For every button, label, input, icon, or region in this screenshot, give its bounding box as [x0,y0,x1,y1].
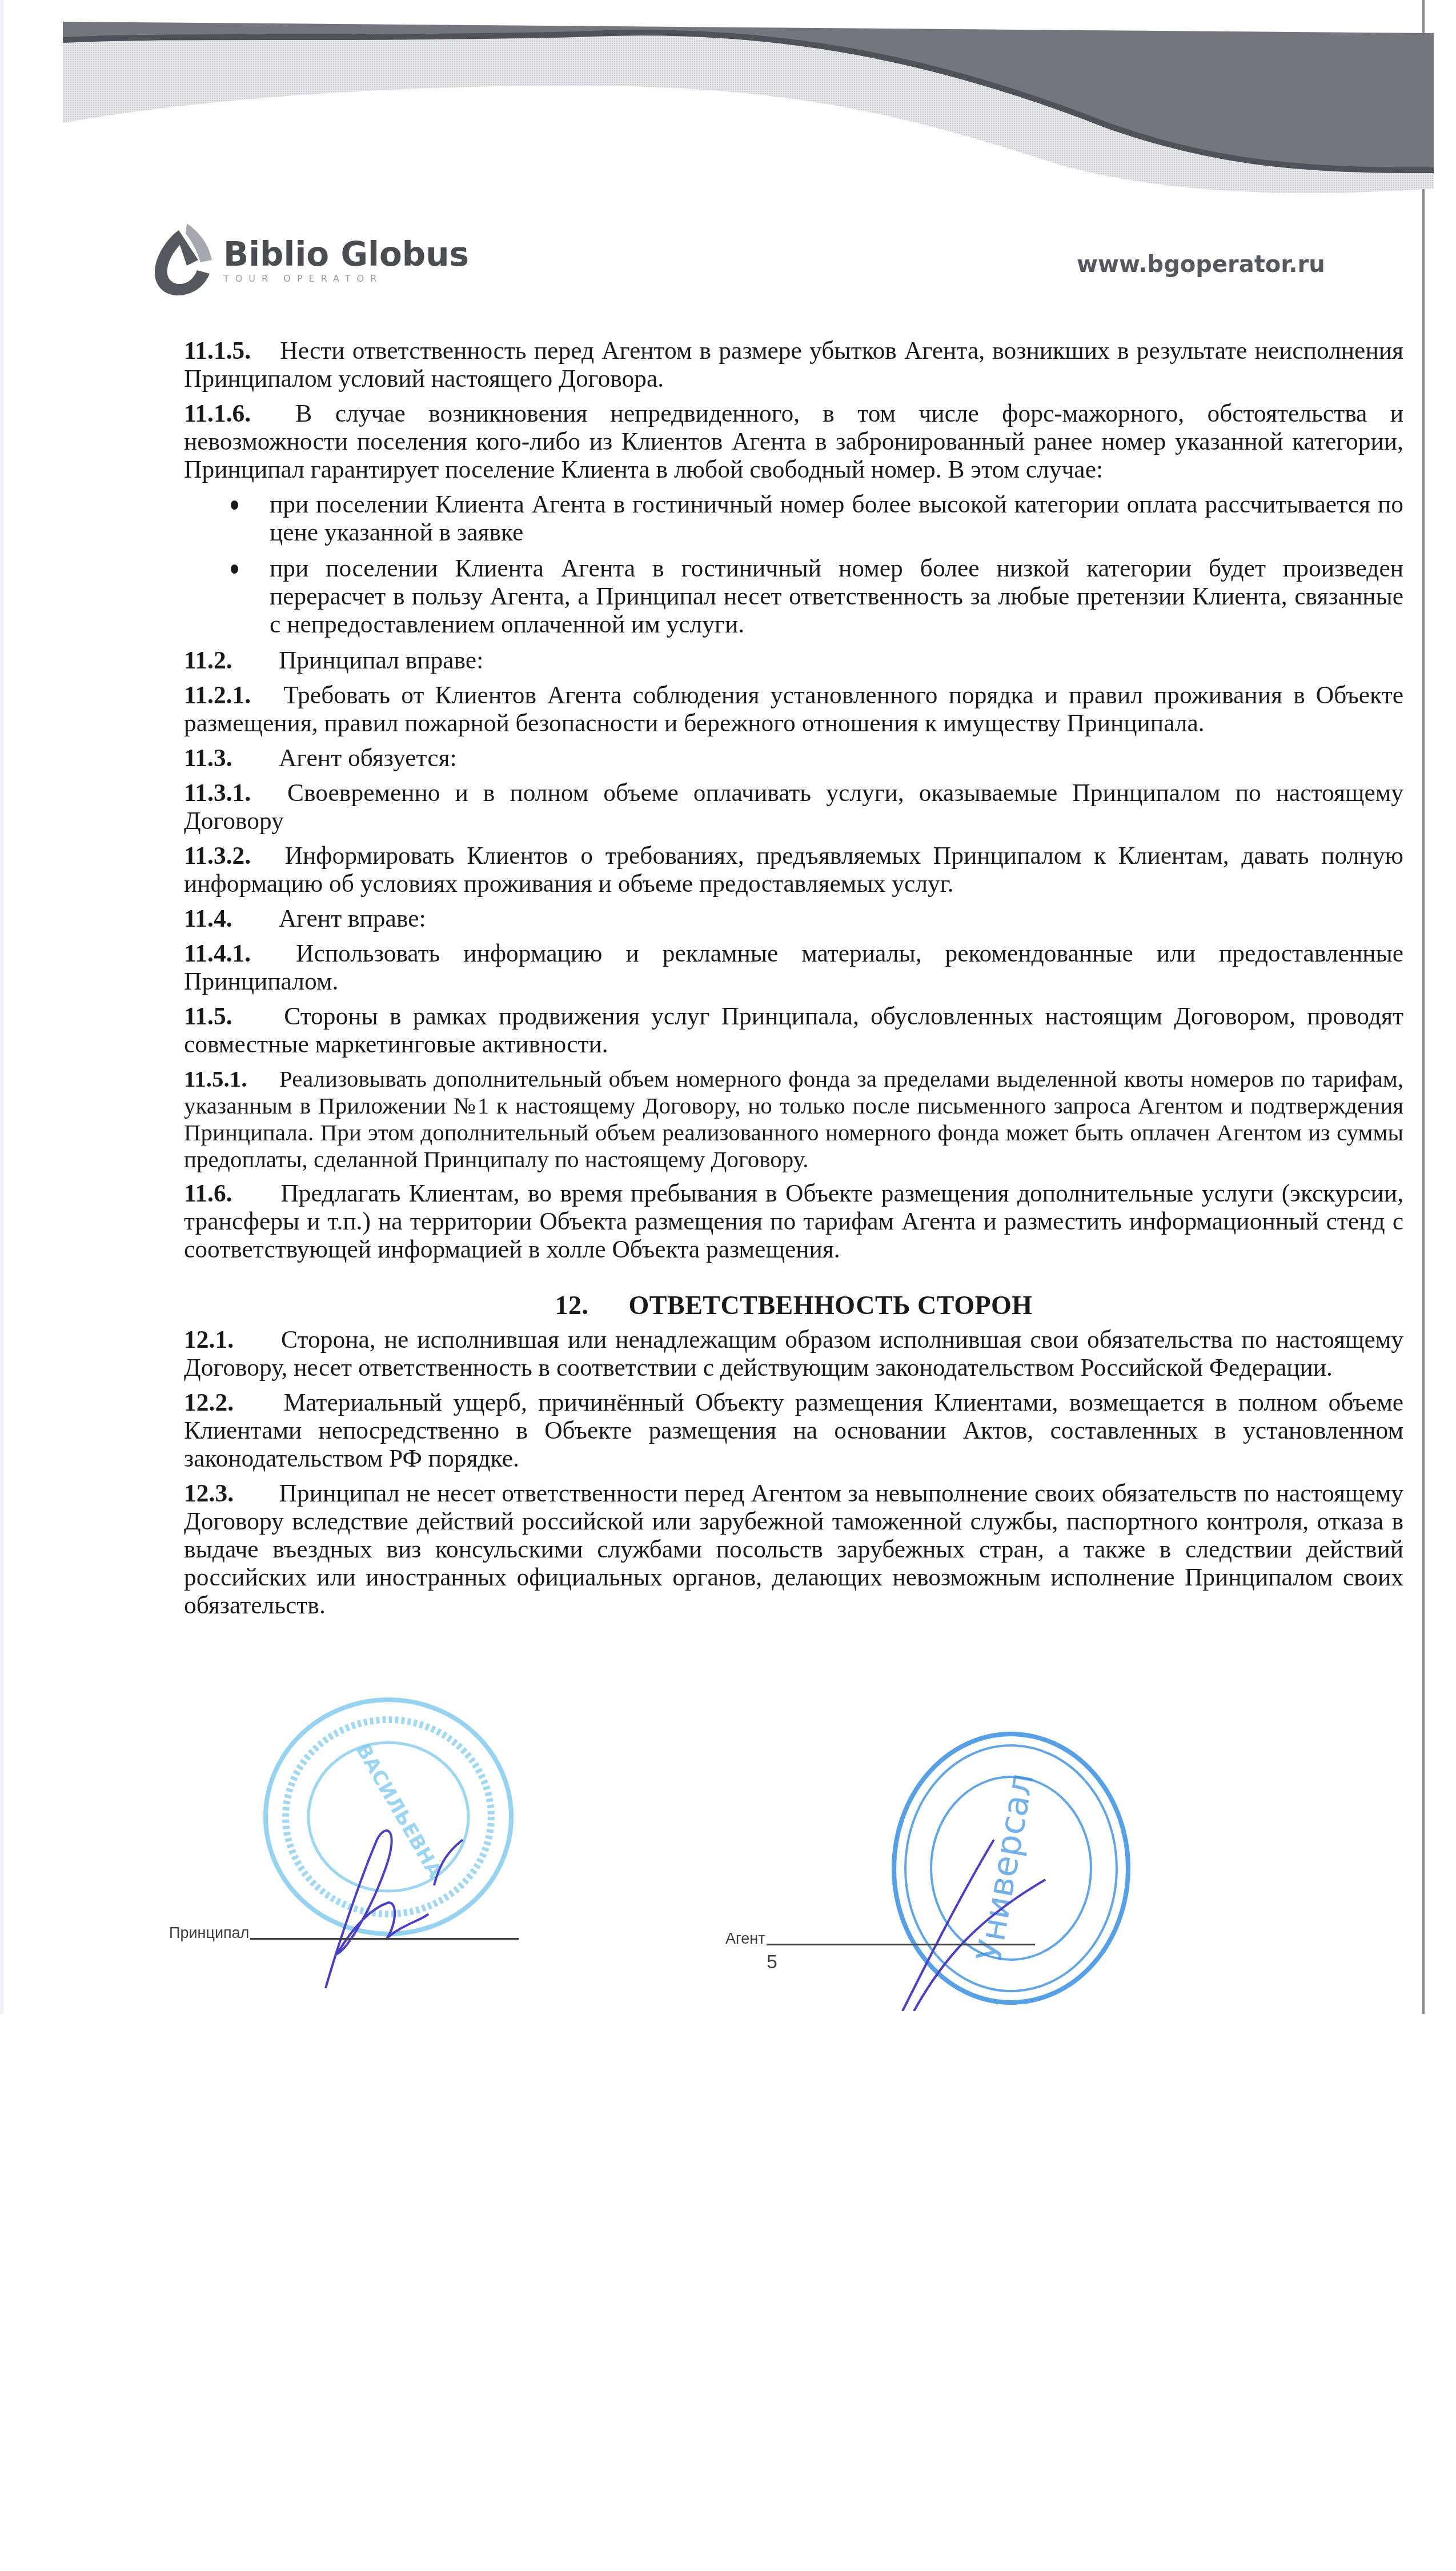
clause-11-3-2: 11.3.2. Информировать Клиентов о требова… [184,842,1403,898]
section-12-heading: 12.ОТВЕТСТВЕННОСТЬ СТОРОН [184,1291,1403,1319]
svg-text:ВАСИЛЬЕВНА: ВАСИЛЬЕВНА [351,1740,447,1882]
clause-12-1: 12.1. Сторона, не исполнившая или ненадл… [184,1326,1403,1382]
clause-11-5-1: 11.5.1. Реализовывать дополнительный объ… [184,1066,1403,1173]
brand-tagline: TOUR OPERATOR [223,273,469,284]
principal-signature-field: Принципал [169,1924,519,1942]
clause-12-2: 12.2. Материальный ущерб, причинённый Об… [184,1389,1403,1473]
signature-block: Принципал Агент [169,1924,1197,1959]
brand-name: Biblio Globus [223,237,469,272]
website-url: www.bgoperator.ru [1077,251,1325,278]
scan-edge [0,0,3,2014]
clause-11-2: 11.2. Принципал вправе: [184,647,1403,675]
clause-11-1-6: 11.1.6. В случае возникновения непредвид… [184,400,1403,484]
clause-11-3-1: 11.3.1. Своевременно и в полном объеме о… [184,779,1403,835]
list-item: при поселении Клиента Агента в гостиничн… [184,555,1403,639]
clause-12-3: 12.3. Принципал не несет ответственности… [184,1480,1403,1620]
principal-label: Принципал [169,1924,249,1942]
list-item: при поселении Клиента Агента в гостиничн… [184,491,1403,547]
clause-11-4: 11.4. Агент вправе: [184,905,1403,933]
principal-signature-line [250,1938,519,1940]
document-page: Biblio Globus TOUR OPERATOR www.bgoperat… [0,0,1425,2014]
page-number: 5 [767,1951,777,1973]
bullet-icon [231,500,238,510]
biblio-globus-logo-icon [146,220,214,300]
header-wave-banner [63,17,1434,200]
agent-signature-field: Агент [725,1930,1035,1948]
agent-signature-icon [891,1805,1062,2011]
agent-stamp-icon: Универсал [880,1725,1142,2011]
agent-label: Агент [725,1930,765,1948]
clause-11-5: 11.5. Стороны в рамках продвижения услуг… [184,1003,1403,1059]
clause-11-2-1: 11.2.1. Требовать от Клиентов Агента соб… [184,682,1403,738]
principal-stamp-icon: ВАСИЛЬЕВНА [251,1691,526,1943]
clause-11-3: 11.3. Агент обязуется: [184,744,1403,772]
clause-11-6: 11.6. Предлагать Клиентам, во время преб… [184,1180,1403,1264]
agent-signature-line [767,1944,1035,1945]
principal-signature-icon [286,1817,474,2000]
brand-logo: Biblio Globus TOUR OPERATOR [146,220,469,300]
contract-body: 11.1.5. Нести ответственность перед Аген… [184,337,1403,1627]
clause-11-4-1: 11.4.1. Использовать информацию и реклам… [184,940,1403,996]
clause-11-1-6-list: при поселении Клиента Агента в гостиничн… [184,491,1403,639]
clause-11-1-5: 11.1.5. Нести ответственность перед Аген… [184,337,1403,393]
bullet-icon [231,564,238,574]
